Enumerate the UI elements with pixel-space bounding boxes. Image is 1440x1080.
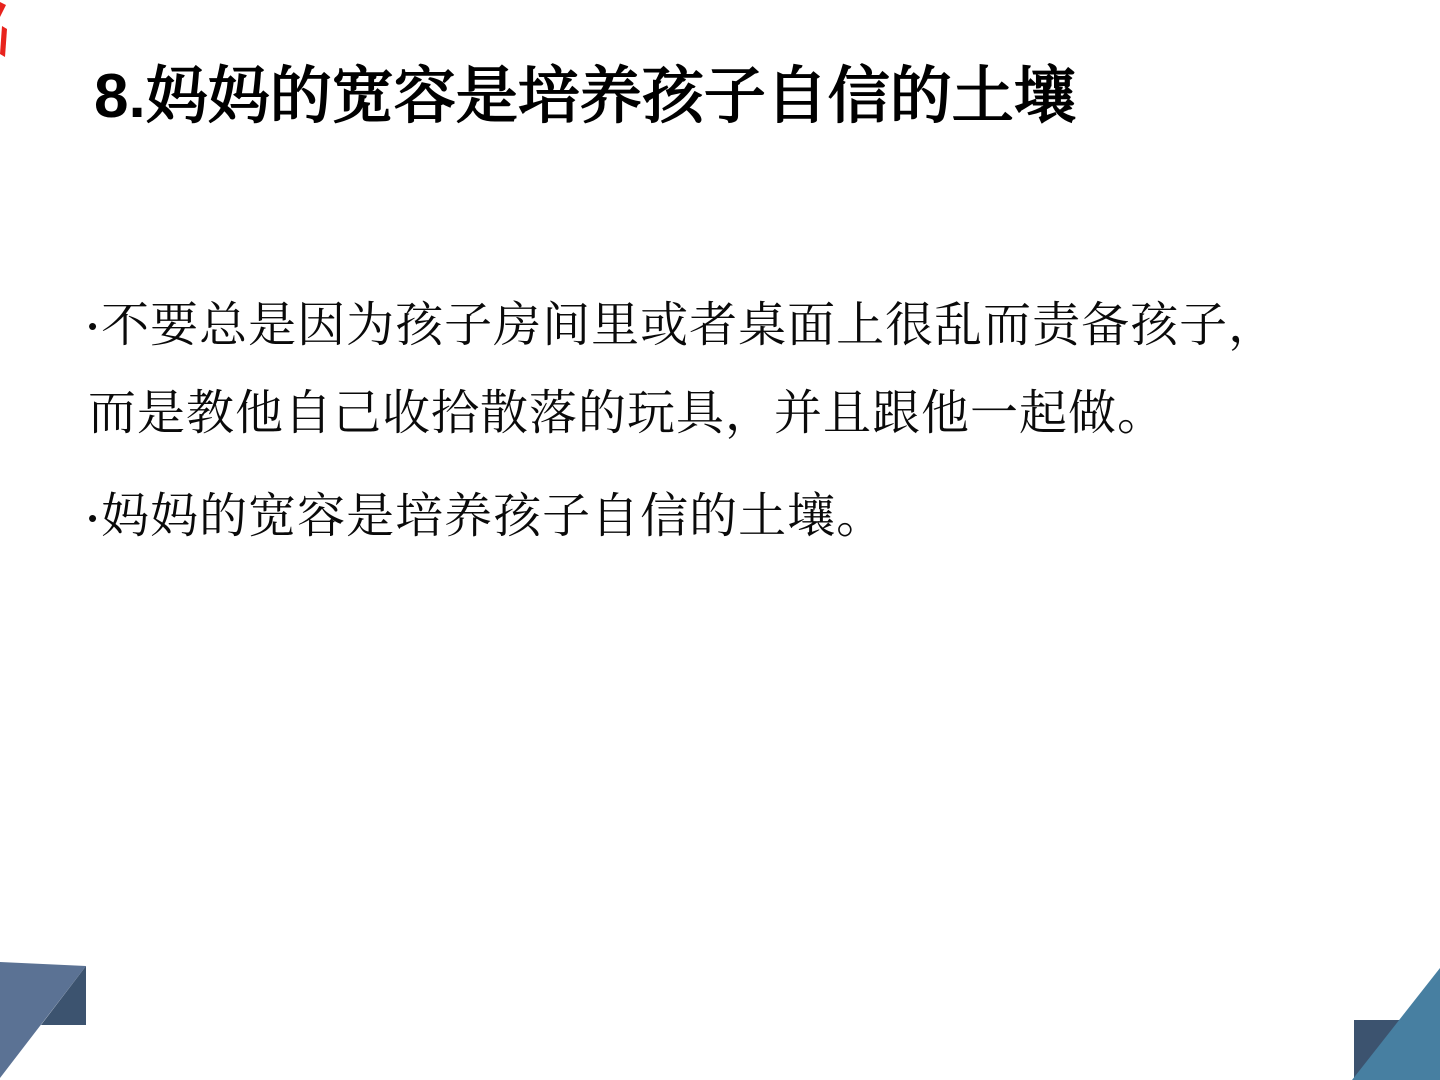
red-marker-top-icon [0, 2, 6, 17]
paragraph-text: 妈妈的宽容是培养孩子自信的土壤。 [101, 490, 885, 543]
paragraph-text: 不要总是因为孩子房间里或者桌面上很乱而责备孩子， [101, 299, 1277, 352]
paragraph-line: •不要总是因为孩子房间里或者桌面上很乱而责备孩子， [88, 283, 1388, 371]
bottom-left-navy-triangle [41, 966, 86, 1025]
slide-body-text: •不要总是因为孩子房间里或者桌面上很乱而责备孩子， 而是教他自己收拾散落的玩具，… [88, 283, 1388, 563]
bottom-right-navy-shape [1354, 1020, 1440, 1080]
bullet-icon: • [88, 475, 98, 561]
presentation-slide: 8.妈妈的宽容是培养孩子自信的土壤 •不要总是因为孩子房间里或者桌面上很乱而责备… [0, 0, 1440, 1080]
bullet-paragraph: •不要总是因为孩子房间里或者桌面上很乱而责备孩子， 而是教他自己收拾散落的玩具，… [88, 283, 1388, 457]
paragraph-line: 而是教他自己收拾散落的玩具，并且跟他一起做。 [88, 371, 1388, 457]
bullet-icon: • [88, 283, 98, 369]
bullet-paragraph: •妈妈的宽容是培养孩子自信的土壤。 [88, 474, 1388, 562]
slide-title: 8.妈妈的宽容是培养孩子自信的土壤 [94, 64, 1076, 129]
bottom-left-slate-triangle [0, 962, 86, 1078]
paragraph-line: •妈妈的宽容是培养孩子自信的土壤。 [88, 474, 1388, 562]
red-marker-bottom-icon [0, 26, 7, 57]
bottom-right-teal-triangle [1352, 968, 1440, 1080]
